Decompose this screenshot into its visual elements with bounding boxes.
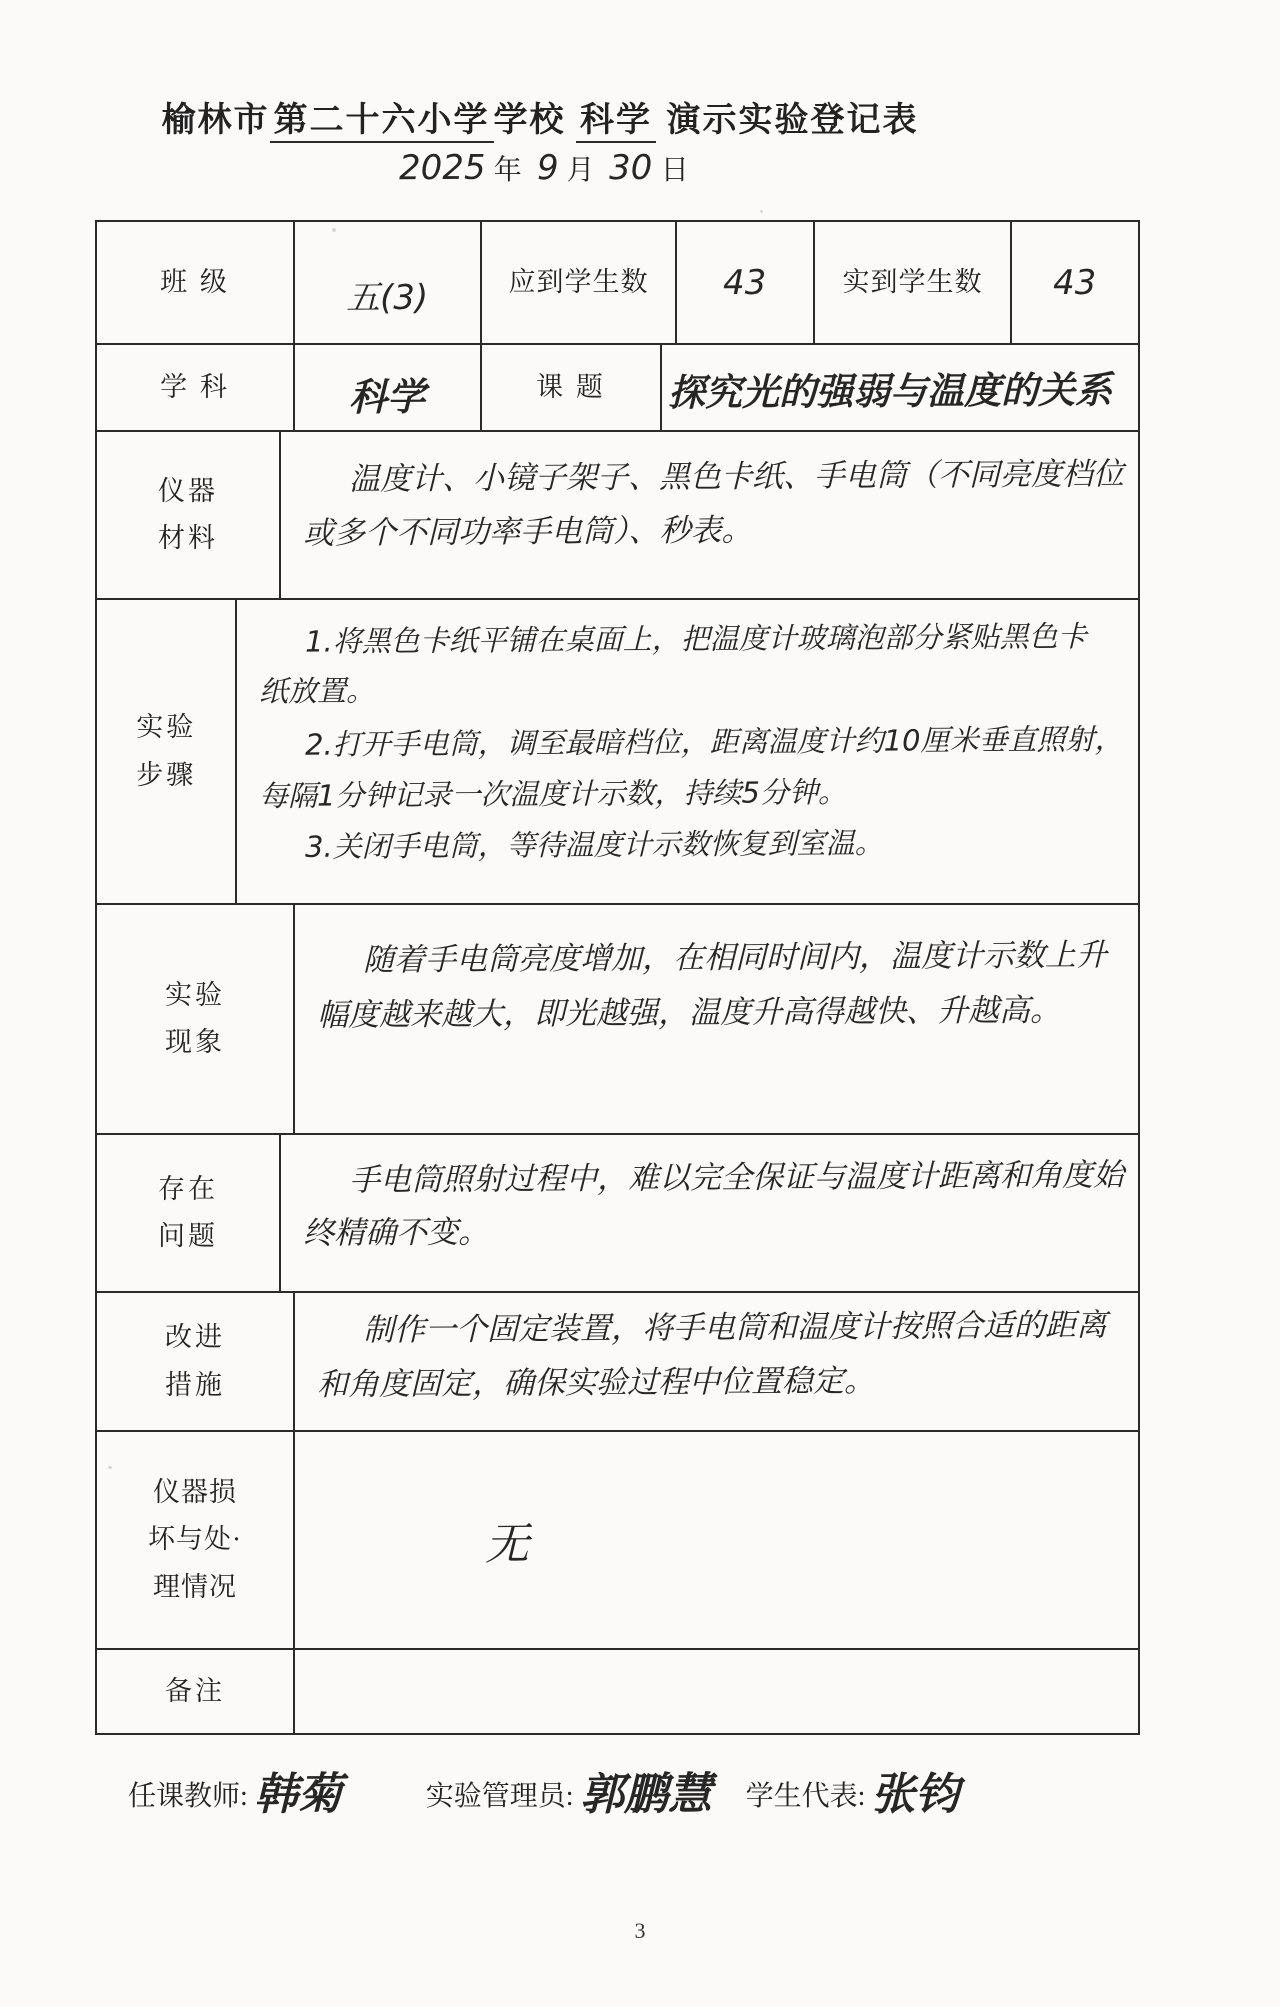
problems-label: 存在 问题 [158, 1166, 218, 1261]
page-title: 榆林市第二十六小学学校 科学 演示实验登记表 [160, 92, 920, 141]
scan-artifact [108, 1466, 112, 1469]
improvements-line-1-handwritten: 制作一个固定装置，将手电筒和温度计按照合适的距离 [317, 1298, 1107, 1359]
equipment-line-2-handwritten: 或多个不同功率手电筒）、秒表。 [303, 504, 753, 562]
scan-artifact [332, 228, 336, 232]
actual-students-value-handwritten: 43 [1053, 262, 1097, 302]
equipment-label: 仪器 材料 [158, 468, 218, 563]
topic-value-handwritten: 探究光的强弱与温度的关系 [668, 359, 1112, 416]
page-number: 3 [0, 1918, 1280, 1944]
class-label: 班 级 [160, 259, 230, 306]
row-steps: 实验 步骤 1.将黑色卡纸平铺在桌面上，把温度计玻璃泡部分紧贴黑色卡 纸放置。 … [97, 600, 1138, 905]
steps-label: 实验 步骤 [136, 704, 196, 799]
steps-line-5-handwritten: 3.关闭手电筒，等待温度计示数恢复到室温。 [259, 818, 884, 874]
steps-line-3-handwritten: 2.打开手电筒，调至最暗档位，距离温度计约10厘米垂直照射， [259, 714, 1124, 772]
topic-label: 课 题 [536, 364, 606, 411]
actual-students-label: 实到学生数 [843, 259, 983, 306]
title-prefix: 榆林市 [162, 102, 270, 139]
problems-line-2-handwritten: 终精确不变。 [303, 1206, 489, 1262]
subject-label: 学 科 [160, 364, 230, 411]
manager-signature-handwritten: 郭鹏慧 [579, 1758, 711, 1823]
teacher-label: 任课教师: [128, 1774, 248, 1814]
row-equipment: 仪器 材料 温度计、小镜子架子、黑色卡纸、手电筒（不同亮度档位 或多个不同功率手… [97, 432, 1138, 600]
damage-label: 仪器损 坏与处· 理情况 [148, 1469, 242, 1611]
problems-line-1-handwritten: 手电筒照射过程中，难以完全保证与温度计距离和角度始 [303, 1148, 1124, 1209]
steps-line-2-handwritten: 纸放置。 [259, 665, 375, 717]
improvements-line-2-handwritten: 和角度固定，确保实验过程中位置稳定。 [317, 1354, 875, 1413]
student-signature-handwritten: 张钧 [871, 1758, 959, 1823]
date-month-label: 月 [566, 155, 594, 186]
row-class: 班 级 五(3) 应到学生数 43 实到学生数 43 [97, 222, 1138, 345]
date-day-label: 日 [661, 155, 689, 186]
phenomenon-label: 实验 现象 [165, 972, 225, 1067]
damage-value-handwritten: 无 [485, 1508, 529, 1572]
row-subject: 学 科 科学 课 题 探究光的强弱与温度的关系 [97, 345, 1138, 432]
equipment-line-1-handwritten: 温度计、小镜子架子、黑色卡纸、手电筒（不同亮度档位 [303, 447, 1124, 508]
manager-label: 实验管理员: [426, 1774, 574, 1814]
row-improvements: 改进 措施 制作一个固定装置，将手电筒和温度计按照合适的距离 和角度固定，确保实… [97, 1293, 1138, 1432]
date-year-handwritten: 2025 [399, 148, 486, 189]
remarks-label: 备注 [165, 1668, 225, 1715]
class-value-handwritten: 五(3) [346, 270, 429, 320]
scan-artifact [760, 210, 763, 213]
expected-students-value-handwritten: 43 [723, 262, 767, 302]
steps-line-4-handwritten: 每隔1分钟记录一次温度计示数，持续5分钟。 [259, 767, 847, 823]
steps-line-1-handwritten: 1.将黑色卡纸平铺在桌面上，把温度计玻璃泡部分紧贴黑色卡 [259, 611, 1087, 668]
date-month-handwritten: 9 [537, 148, 559, 188]
phenomenon-line-2-handwritten: 幅度越来越大，即光越强，温度升高得越快、升越高。 [317, 984, 1061, 1044]
signature-line: 任课教师: 韩菊 实验管理员: 郭鹏慧 学生代表: 张钧 [128, 1762, 1138, 1826]
row-remarks: 备注 [97, 1650, 1138, 1733]
expected-students-label: 应到学生数 [509, 259, 649, 306]
date-year-label: 年 [494, 155, 522, 186]
improvements-label: 改进 措施 [165, 1314, 225, 1409]
title-school-name: 第二十六小学 [270, 102, 494, 143]
title-tail: 演示实验登记表 [656, 102, 919, 139]
date-day-handwritten: 30 [609, 148, 653, 188]
row-damage: 仪器损 坏与处· 理情况 无 [97, 1432, 1138, 1650]
row-phenomenon: 实验 现象 随着手电筒亮度增加，在相同时间内，温度计示数上升 幅度越来越大，即光… [97, 905, 1138, 1135]
teacher-signature-handwritten: 韩菊 [254, 1758, 342, 1823]
student-label: 学生代表: [746, 1774, 866, 1814]
date-line: 2025年 9月 30日 [330, 148, 750, 188]
phenomenon-line-1-handwritten: 随着手电筒亮度增加，在相同时间内，温度计示数上升 [317, 928, 1107, 989]
title-subject: 科学 [576, 102, 656, 143]
experiment-form-table: 班 级 五(3) 应到学生数 43 实到学生数 43 学 科 科学 课 题 探究… [95, 220, 1140, 1735]
title-suffix: 学校 [494, 102, 566, 139]
subject-value-handwritten: 科学 [349, 366, 425, 422]
row-problems: 存在 问题 手电筒照射过程中，难以完全保证与温度计距离和角度始 终精确不变。 [97, 1135, 1138, 1293]
